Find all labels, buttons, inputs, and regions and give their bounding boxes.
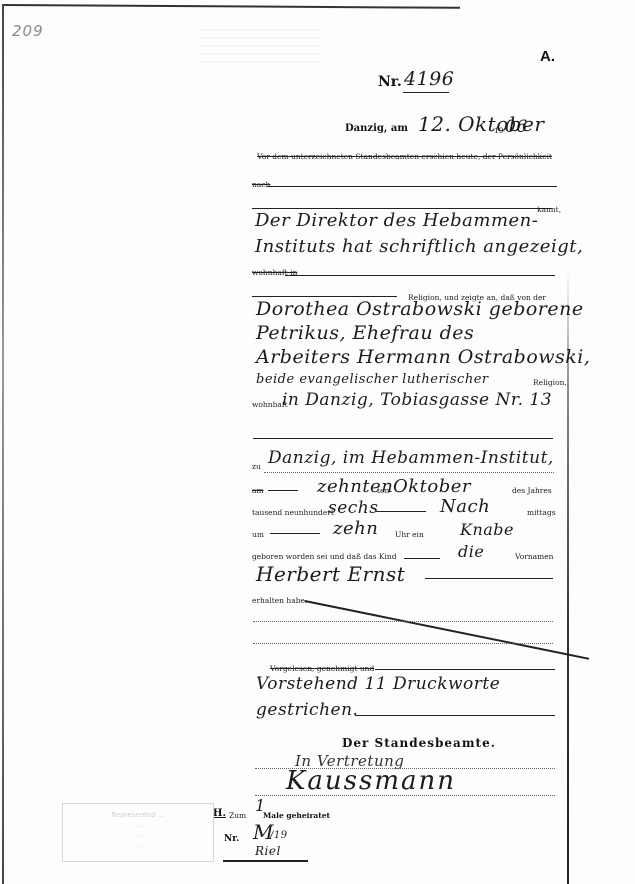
- mother-religion-label: Religion,: [533, 378, 567, 387]
- closing-handwritten-line2: gestrichen.: [256, 700, 358, 720]
- stamp-line: ...: [63, 820, 213, 830]
- margin-male-label: Male geheiratet: [263, 811, 330, 820]
- informant-line1: Der Direktor des Hebammen-: [255, 210, 538, 231]
- rule: [355, 715, 555, 716]
- birth-tausend-label: tausend neunhundert: [252, 508, 334, 517]
- stamp-line: ...: [63, 830, 213, 840]
- birth-mittags-label: mittags: [527, 508, 556, 517]
- birth-am-label: am: [252, 486, 264, 495]
- kannt-label: kannt,: [537, 205, 561, 214]
- dotted-rule: [255, 795, 555, 796]
- birth-um-label: um: [252, 530, 264, 539]
- rule: [252, 208, 552, 209]
- stamp-line: ...: [63, 840, 213, 850]
- archive-page-number: 209: [12, 22, 44, 40]
- birth-die-word: die: [458, 542, 484, 561]
- nach-label: nach: [252, 180, 270, 189]
- rule: [404, 558, 440, 559]
- birth-zu-label: zu: [252, 462, 261, 471]
- year-suffix: 06: [505, 117, 528, 137]
- margin-year-value: /19: [270, 830, 288, 841]
- rule: [253, 438, 553, 439]
- mother-line4: beide evangelischer lutherischer: [256, 372, 489, 387]
- bleed-through-ghost: [200, 22, 320, 62]
- vorgelesen-struck: Vorgelesen, genehmigt und: [270, 664, 374, 673]
- register-number: 4196: [404, 68, 454, 90]
- rule: [267, 186, 557, 187]
- margin-h-label: H.: [213, 808, 226, 819]
- signature-name: Kaussmann: [286, 766, 456, 796]
- birth-geboren-label: geboren worden sei und daß das Kind: [252, 552, 397, 561]
- closing-handwritten-line1: Vorstehend 11 Druckworte: [256, 674, 500, 694]
- stamp-line: Represented ...: [63, 810, 213, 820]
- birth-place: Danzig, im Hebammen-Institut,: [268, 448, 554, 468]
- birth-time-of-day: Nach: [440, 496, 490, 517]
- dotted-rule: [264, 472, 554, 473]
- birth-sex: Knabe: [460, 520, 514, 539]
- dotted-rule: [253, 643, 553, 644]
- birth-erhalten-label: erhalten habe.: [252, 596, 307, 605]
- dotted-rule: [253, 621, 553, 622]
- mother-line2: Petrikus, Ehefrau des: [256, 322, 474, 344]
- official-title: Der Standesbeamte.: [342, 736, 496, 750]
- rule: [268, 490, 298, 491]
- birth-uhr-label: Uhr ein: [395, 530, 424, 539]
- rule: [252, 296, 397, 297]
- birth-ten-label: ten: [377, 486, 389, 495]
- rule: [375, 669, 555, 670]
- margin-extra-value: Riel: [255, 844, 281, 858]
- rule: [270, 533, 320, 534]
- rule: [285, 275, 555, 276]
- cancellation-stroke: [305, 600, 590, 660]
- document-page: 209 A. Nr. 4196 Danzig, am 12. Oktober 1…: [0, 0, 635, 884]
- margin-nr-label: Nr.: [224, 834, 239, 844]
- birth-hour: zehn: [333, 518, 378, 539]
- birth-vornamen-label: Vornamen: [515, 552, 554, 561]
- birth-des-jahres-label: des Jahres: [512, 486, 552, 495]
- form-marker: A.: [540, 48, 555, 65]
- rule: [223, 860, 308, 862]
- faint-stamp: Represented ... ... ... ...: [62, 803, 214, 862]
- dotted-rule: [255, 768, 555, 769]
- birth-year-words: sechs: [328, 498, 378, 518]
- mother-residence: in Danzig, Tobiasgasse Nr. 13: [282, 390, 552, 410]
- mother-line1: Dorothea Ostrabowski geborene: [256, 298, 584, 320]
- birth-given-names: Herbert Ernst: [256, 562, 405, 586]
- page-edge-left: [2, 4, 4, 884]
- page-edge-top: [2, 4, 460, 9]
- margin-zum-label: Zum: [229, 811, 246, 820]
- place-label: Danzig, am: [345, 123, 408, 134]
- rule: [376, 511, 426, 512]
- mother-line3: Arbeiters Hermann Ostrabowski,: [256, 346, 590, 368]
- intro-printed-struck: Vor dem unterzeichneten Standesbeamten e…: [257, 152, 552, 161]
- rule: [425, 578, 553, 579]
- register-number-label: Nr.: [378, 74, 402, 90]
- informant-line2: Instituts hat schriftlich angezeigt,: [255, 236, 583, 257]
- year-prefix: 19: [494, 126, 504, 135]
- birth-month: Oktober: [393, 476, 471, 497]
- register-number-underline: [403, 92, 449, 93]
